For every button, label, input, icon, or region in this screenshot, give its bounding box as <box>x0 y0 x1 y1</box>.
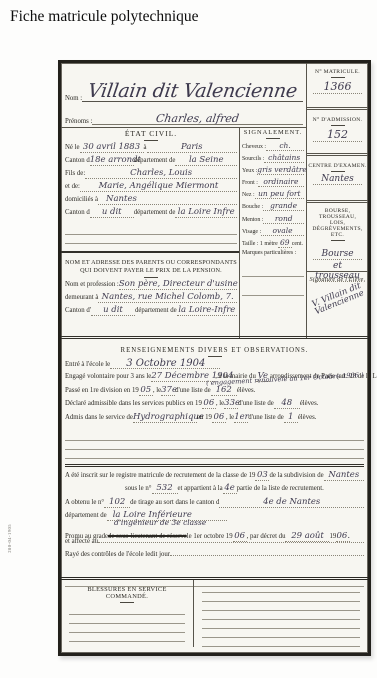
prenoms-line: Charles, alfred <box>92 114 303 125</box>
blessures-title: BLESSURES EN SERVICE COMMANDÉ. <box>69 586 185 600</box>
centre-box: CENTRE D'EXAMEN. Nantes <box>307 163 368 185</box>
passe-label-1: Passé en 1re division en 19 <box>65 387 139 394</box>
dash <box>331 240 345 241</box>
raye-label: Rayé des contrôles de l'école ledit jour <box>65 551 170 558</box>
signalement-row-menton: Menton :rond <box>242 214 304 226</box>
page: Fiche matricule polytechnique 280-04-190… <box>0 0 377 678</box>
prenoms-label: Prénoms : <box>65 118 92 125</box>
ruled-line <box>69 624 185 633</box>
student-signature: V. Villain dit Valencienne <box>309 281 367 317</box>
visage-label: Visage : <box>242 229 261 235</box>
raye-blank <box>170 555 364 556</box>
nom-line: Villain dit Valencienne <box>82 81 303 102</box>
signalement-section: SIGNALEMENT. Cheveux :ch. Sourcils :chât… <box>242 129 304 296</box>
front-value: ordinaire <box>258 177 304 187</box>
birth-place: Paris <box>147 143 237 153</box>
declare-row: Déclaré admissible dans les services pub… <box>65 399 364 412</box>
prenoms-row: Prénoms : Charles, alfred <box>65 102 303 125</box>
declare-total: 48 <box>274 399 300 409</box>
ruled-line <box>202 611 360 620</box>
cheveux-value: ch. <box>266 141 304 151</box>
departement2-value: la Loire Infre <box>175 208 237 218</box>
grade-struck: de sous-lieutenant de réserve <box>108 533 187 540</box>
inscrit-label-2: de la subdivision de <box>269 472 323 479</box>
ruled-line <box>242 287 304 296</box>
nez-value: un peu fort <box>255 189 304 199</box>
yeux-value: gris verdâtre <box>257 165 304 175</box>
ruled-line <box>202 620 360 629</box>
admis-label-2: en 19 <box>197 414 212 421</box>
raye-row: Rayé des contrôles de l'école ledit jour <box>65 551 364 564</box>
sous-numero-row: sous le n°532 et appartient à la4e parti… <box>65 484 364 497</box>
departement-label: département de <box>134 157 176 164</box>
dash <box>266 138 280 139</box>
ruled-line <box>65 432 364 441</box>
et-de-label: et de: <box>65 183 80 190</box>
admission-value: 152 <box>313 128 362 142</box>
partie-label: partie de la liste de recrutement. <box>237 485 324 492</box>
departement-row: département de la Loire Inférieure <box>65 511 364 524</box>
matricule-box: N° MATRICULE. 1366 <box>307 69 368 94</box>
canton2-label: Canton d <box>65 209 90 216</box>
centre-label: CENTRE D'EXAMEN. <box>307 163 368 169</box>
profession-value: Son père, Directeur d'usine <box>119 280 237 290</box>
classe-year: 03 <box>255 471 269 481</box>
admis-label-3: , le <box>226 414 234 421</box>
decret-date: 29 août <box>285 532 329 542</box>
parents-departement-label: département de <box>135 307 177 314</box>
ruled-line <box>202 584 360 593</box>
demeurant-value: Nantes, rue Michel Colomb, 7. <box>98 293 237 303</box>
ruled-line <box>65 441 364 450</box>
taille-value: 69 <box>278 238 292 248</box>
sourcils-value: châtains <box>264 153 304 163</box>
promu-year: 06 <box>233 532 247 542</box>
dash <box>331 171 345 172</box>
front-label: Front : <box>242 180 258 186</box>
divider <box>307 107 368 110</box>
dash <box>144 140 158 141</box>
dash <box>331 125 345 126</box>
admission-box: N° D'ADMISSION. 152 <box>307 117 368 142</box>
admis-label-5: élèves. <box>298 414 317 421</box>
tirage-row: A obtenu le n°102 de tirage au sort dans… <box>65 498 364 511</box>
parents-canton-label: Canton d' <box>65 307 91 314</box>
matricule-label: N° MATRICULE. <box>307 69 368 75</box>
departement-value: la Seine <box>175 156 237 166</box>
nom-value: Villain dit Valencienne <box>87 81 299 101</box>
bouche-label: Bouche : <box>242 204 263 210</box>
dash <box>208 356 222 357</box>
blessures-right <box>194 580 368 647</box>
passe-total: 162 <box>211 386 237 396</box>
affecte-label: et affecté au <box>65 538 98 545</box>
nom-label: Nom : <box>65 95 82 102</box>
passe-year: 05 <box>139 386 153 396</box>
dash <box>144 277 158 278</box>
passe-rank: 37e <box>161 386 175 396</box>
prenoms-value: Charles, alfred <box>156 114 240 123</box>
inscrit-row: A été inscrit sur le registre matricule … <box>65 471 364 484</box>
signalement-row-front: Front :ordinaire <box>242 177 304 189</box>
promu-date-label: le 1er octobre 19 <box>187 533 233 540</box>
nom-row: Nom : Villain dit Valencienne <box>65 65 303 102</box>
etat-civil-title: ÉTAT CIVIL. <box>65 129 237 138</box>
declare-label-1: Déclaré admissible dans les services pub… <box>65 400 202 407</box>
divider <box>307 153 368 156</box>
canton2-row: Canton d u dit département de la Loire I… <box>65 208 237 221</box>
fiche-card: Nom : Villain dit Valencienne Prénoms : … <box>58 60 371 656</box>
ruled-line <box>65 226 237 235</box>
decret-year: 06. <box>336 532 350 542</box>
signalement-row-visage: Visage :ovale <box>242 226 304 238</box>
admission-label: N° D'ADMISSION. <box>307 117 368 123</box>
admis-label-1: Admis dans le service de <box>65 414 133 421</box>
passe-row: Passé en 1re division en 1905 , le37e d'… <box>65 386 364 399</box>
sourcils-label: Sourcils : <box>242 156 264 162</box>
admis-label-4: d'une liste de <box>248 414 284 421</box>
marques-label: Marques particulières : <box>242 250 296 256</box>
taille-label: Taille : 1 mètre <box>242 241 278 247</box>
departement2-label: département de <box>134 209 176 216</box>
father-name: Charles, Louis <box>85 169 237 179</box>
canton-value: 18e arrondt <box>90 156 134 166</box>
ruled-line <box>65 450 364 459</box>
menton-value: rond <box>263 214 304 224</box>
declare-label-2: , le <box>216 400 224 407</box>
etat-civil-section: ÉTAT CIVIL. Né le 30 avril 1883 à Paris … <box>65 129 237 244</box>
admis-total: 1 <box>284 413 298 423</box>
parents-departement-value: la Loire-Infre <box>177 306 237 316</box>
decret-label: , par décret du <box>247 533 286 540</box>
header: Nom : Villain dit Valencienne Prénoms : … <box>65 65 303 125</box>
menton-label: Menton : <box>242 217 263 223</box>
promu-row: Promu au grade d'ingénieur de 3e classed… <box>65 525 364 538</box>
declare-label-3: d'une liste de <box>238 400 274 407</box>
declare-rank: 33e <box>224 399 238 409</box>
declare-label-4: élèves. <box>300 400 319 407</box>
signalement-row-taille: Taille : 1 mètre69cent. <box>242 238 304 250</box>
grade-correction: d'ingénieur de 3e classe <box>114 518 206 527</box>
renseignements-section: RENSEIGNEMENTS DIVERS ET OBSERVATIONS. (… <box>65 341 364 587</box>
sous-numero-label: sous le n° <box>125 485 152 492</box>
partie-numero: 4e <box>223 484 237 494</box>
ruled-line <box>65 235 237 244</box>
signalement-row-sourcils: Sourcils :châtains <box>242 153 304 165</box>
declare-year: 06 <box>202 399 216 409</box>
ruled-line <box>202 629 360 638</box>
matricule-value: 1366 <box>313 80 362 94</box>
bourse-label-1: BOURSE, TROUSSEAU, <box>307 208 368 220</box>
birth-date: 30 avril 1883 <box>80 143 144 153</box>
signalement-row-marques: Marques particulières : <box>242 250 304 262</box>
centre-value: Nantes <box>313 174 362 185</box>
bouche-value: grande <box>263 201 304 211</box>
divider <box>61 336 368 339</box>
parents-title-1: NOM ET ADRESSE DES PARENTS OU CORRESPOND… <box>65 259 237 267</box>
renseignements-title: RENSEIGNEMENTS DIVERS ET OBSERVATIONS. <box>65 347 364 354</box>
ne-le-label: Né le <box>65 144 80 151</box>
ruled-line <box>69 606 185 615</box>
divider <box>307 271 368 272</box>
mother-name: Marie, Angélique Miermont <box>80 182 237 192</box>
passe-label-3: d'une liste de <box>175 387 211 394</box>
divider <box>61 251 239 253</box>
parents-section: NOM ET ADRESSE DES PARENTS OU CORRESPOND… <box>65 259 237 319</box>
ruled-line <box>242 268 304 277</box>
tirage-numero: 102 <box>104 498 130 508</box>
parents-canton-value: u dit <box>91 306 135 316</box>
bourse-value-1: Bourse <box>313 249 362 260</box>
signalement-row-nez: Nez :un peu fort <box>242 189 304 201</box>
tirage-label-1: A obtenu le n° <box>65 499 104 506</box>
engage-label-1: Engagé volontaire pour 3 ans le <box>65 373 151 380</box>
signalement-title: SIGNALEMENT. <box>242 129 304 136</box>
divider <box>307 200 368 203</box>
admis-year: 06 <box>212 413 226 423</box>
registre-numero: 532 <box>152 484 178 494</box>
divider <box>65 464 364 467</box>
canton-label: Canton d <box>65 157 90 164</box>
tirage-label-2: de tirage au sort dans le canton d <box>130 499 219 506</box>
divider <box>61 127 306 128</box>
parents-canton-row: Canton d' u dit département de la Loire-… <box>65 306 237 319</box>
dash <box>120 602 134 603</box>
demeurant-label: demeurant à <box>65 294 98 301</box>
visage-value: ovale <box>261 226 304 236</box>
domicilies-label: domiciliés à <box>65 196 98 203</box>
canton2-value: u dit <box>90 208 134 218</box>
signalement-row-yeux: Yeux :gris verdâtre <box>242 165 304 177</box>
departement-label: département de <box>65 512 107 519</box>
entry-date: 3 Octobre 1904 <box>110 359 220 369</box>
admis-service: Hydrographique <box>133 413 197 423</box>
admis-row: Admis dans le service deHydrographique e… <box>65 413 364 426</box>
bourse-label-2: LOIS, DÉGRÈVEMENTS, ETC. <box>307 220 368 238</box>
yeux-label: Yeux : <box>242 168 257 174</box>
passe-label-4: élèves. <box>237 387 256 394</box>
signature-box: Signature de l'Élève, V. Villain dit Val… <box>307 277 368 307</box>
blessures-left: BLESSURES EN SERVICE COMMANDÉ. <box>61 580 194 647</box>
residence: Nantes <box>98 195 237 205</box>
admis-rank: 1er <box>234 413 248 423</box>
divider <box>239 127 240 339</box>
page-title: Fiche matricule polytechnique <box>10 8 199 26</box>
et-de-row: et de: Marie, Angélique Miermont <box>65 182 237 195</box>
decret-year-label: 19 <box>329 533 336 540</box>
fils-de-label: Fils de: <box>65 170 85 177</box>
ruled-line <box>202 602 360 611</box>
cheveux-label: Cheveux : <box>242 144 266 150</box>
ruled-line <box>202 638 360 647</box>
appartient-label: et appartient à la <box>178 485 223 492</box>
parents-title-2: QUI DOIVENT PAYER LE PRIX DE LA PENSION. <box>65 267 237 275</box>
ruled-line <box>69 615 185 624</box>
profession-label: Nom et profession : <box>65 281 119 288</box>
taille-suffix: cent. <box>292 241 303 247</box>
tirage-canton: 4e de Nantes <box>219 498 364 508</box>
blessures-section: BLESSURES EN SERVICE COMMANDÉ. <box>61 577 368 647</box>
printer-mark: 280-04-1905 <box>7 524 12 553</box>
entre-label: Entré à l'école le <box>65 361 110 368</box>
subdivision: Nantes <box>324 471 364 481</box>
dash <box>331 77 345 78</box>
nez-label: Nez : <box>242 192 255 198</box>
ruled-line <box>202 593 360 602</box>
signalement-row-bouche: Bouche :grande <box>242 201 304 213</box>
ruled-line <box>69 633 185 642</box>
inscrit-label-1: A été inscrit sur le registre matricule … <box>65 472 255 479</box>
signalement-row-cheveux: Cheveux :ch. <box>242 141 304 153</box>
passe-label-2: , le <box>153 387 161 394</box>
